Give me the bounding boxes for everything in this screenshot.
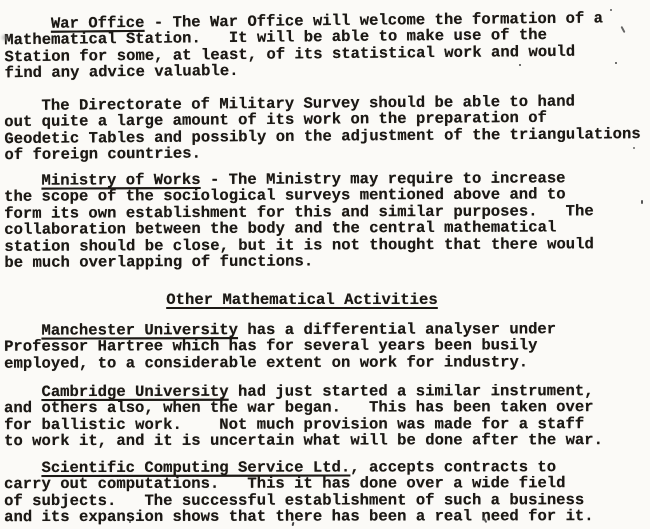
scan-speck [641, 200, 643, 204]
text-line: and its expansion shows that there has b… [4, 508, 650, 526]
paragraph-military-survey: The Directorate of Military Survey shoul… [4, 93, 650, 164]
text-line: of subjects. The successful establishmen… [4, 491, 650, 509]
typewritten-text-block: War Office - The War Office will welcome… [4, 10, 650, 524]
paragraph-manchester-university: Manchester University has a differential… [4, 321, 650, 372]
text-line: employed, to a considerable extent on wo… [4, 354, 650, 372]
section-heading-text: Other Mathematical Activities [166, 291, 437, 309]
text-line: to work it, and it is uncertain what wil… [4, 432, 650, 450]
section-heading: Other Mathematical Activities [4, 292, 650, 308]
text-line: Scientific Computing Service Ltd., accep… [4, 459, 650, 477]
paragraph-war-office: War Office - The War Office will welcome… [4, 10, 650, 82]
scan-speck [519, 64, 521, 66]
scan-speck [129, 521, 131, 523]
scan-speck [633, 147, 635, 149]
paragraph-ministry-of-works: Ministry of Works - The Ministry may req… [4, 170, 650, 271]
document-page: War Office - The War Office will welcome… [0, 0, 650, 529]
paragraph-scientific-computing: Scientific Computing Service Ltd., accep… [4, 459, 650, 526]
text-line: be much overlapping of functions. [4, 252, 650, 271]
scan-smudge [0, 33, 10, 42]
scan-speck [615, 62, 617, 64]
text-line: carry out computations. This it has done… [4, 475, 650, 493]
scan-speck [610, 9, 612, 11]
paragraph-cambridge-university: Cambridge University had just started a … [4, 383, 650, 450]
text-line: station should be close, but it is not t… [4, 236, 650, 255]
